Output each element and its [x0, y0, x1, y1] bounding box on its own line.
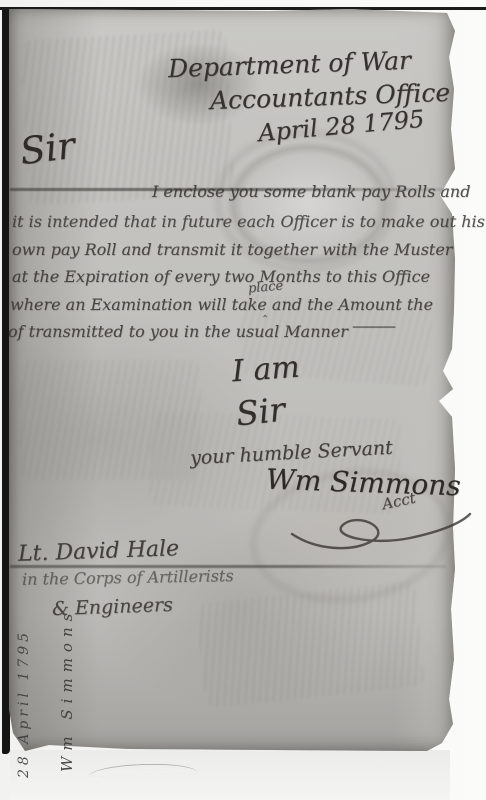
inserted-word: place	[247, 278, 283, 296]
docket-column-outer: 28 April 1795	[16, 629, 32, 778]
closing-sir: Sir	[234, 390, 287, 434]
body-line-1: I enclose you some blank pay Rolls and	[152, 182, 470, 201]
signature-name: Wm Simmons	[265, 463, 461, 503]
closing-dash: ———	[352, 316, 394, 335]
docket-column-inner: Wm Simmons	[58, 608, 76, 772]
body-line-2: it is intended that in future each Offic…	[12, 212, 485, 231]
salutation: Sir	[18, 124, 78, 173]
body-line-6: of transmitted to you in the usual Manne…	[8, 322, 348, 341]
body-line-4: at the Expiration of every two Months to…	[12, 267, 430, 286]
closing-i-am: I am	[231, 350, 301, 390]
address-corps-line: in the Corps of Artillerists	[22, 566, 234, 589]
body-line-5: where an Examination will take and the A…	[10, 295, 433, 314]
body-line-3: own pay Roll and transmit it together wi…	[12, 240, 452, 259]
film-edge-left-strip	[2, 10, 10, 754]
signature-flourish-icon	[288, 500, 473, 556]
scanner-background	[10, 750, 450, 800]
scanned-letter-page: Department of War Accountants Office Apr…	[0, 0, 486, 800]
caret-mark: ‸	[263, 303, 267, 317]
